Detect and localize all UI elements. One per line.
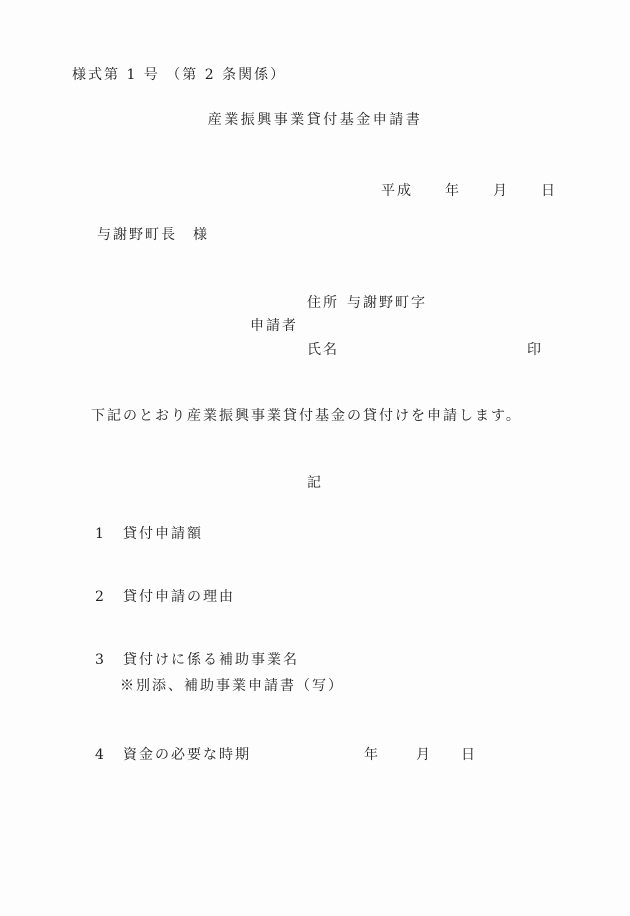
item-3-note: ※別添、補助事業申請書（写） <box>120 678 344 696</box>
application-form-page: 様式第 1 号 （第 2 条関係） 産業振興事業貸付基金申請書 平成 年 月 日… <box>0 0 630 916</box>
item-3-number: 3 <box>95 652 106 670</box>
item-4-number: 4 <box>95 747 106 765</box>
item-4-month-label: 月 <box>416 747 432 765</box>
address-label: 住所 <box>307 295 339 313</box>
date-line: 平成 年 月 日 <box>381 183 557 201</box>
item-4-day-label: 日 <box>461 747 477 765</box>
item-3-label: 貸付けに係る補助事業名 <box>123 652 299 670</box>
name-label: 氏名 <box>307 342 339 360</box>
item-2-label: 貸付申請の理由 <box>123 589 235 607</box>
item-4-label: 資金の必要な時期 <box>123 747 251 765</box>
addressee-line: 与謝野町長 様 <box>97 227 209 245</box>
item-1-number: 1 <box>95 526 106 544</box>
section-marker: 記 <box>0 475 630 493</box>
item-4-year-label: 年 <box>364 747 380 765</box>
seal-mark: 印 <box>527 342 543 360</box>
form-number: 様式第 1 号 （第 2 条関係） <box>72 67 286 85</box>
declaration-text: 下記のとおり産業振興事業貸付基金の貸付けを申請します。 <box>91 408 522 426</box>
applicant-label: 申請者 <box>250 318 298 336</box>
item-2-number: 2 <box>95 589 106 607</box>
address-value: 与謝野町字 <box>347 295 427 313</box>
document-title: 産業振興事業貸付基金申請書 <box>0 112 630 130</box>
item-1-label: 貸付申請額 <box>123 526 203 544</box>
